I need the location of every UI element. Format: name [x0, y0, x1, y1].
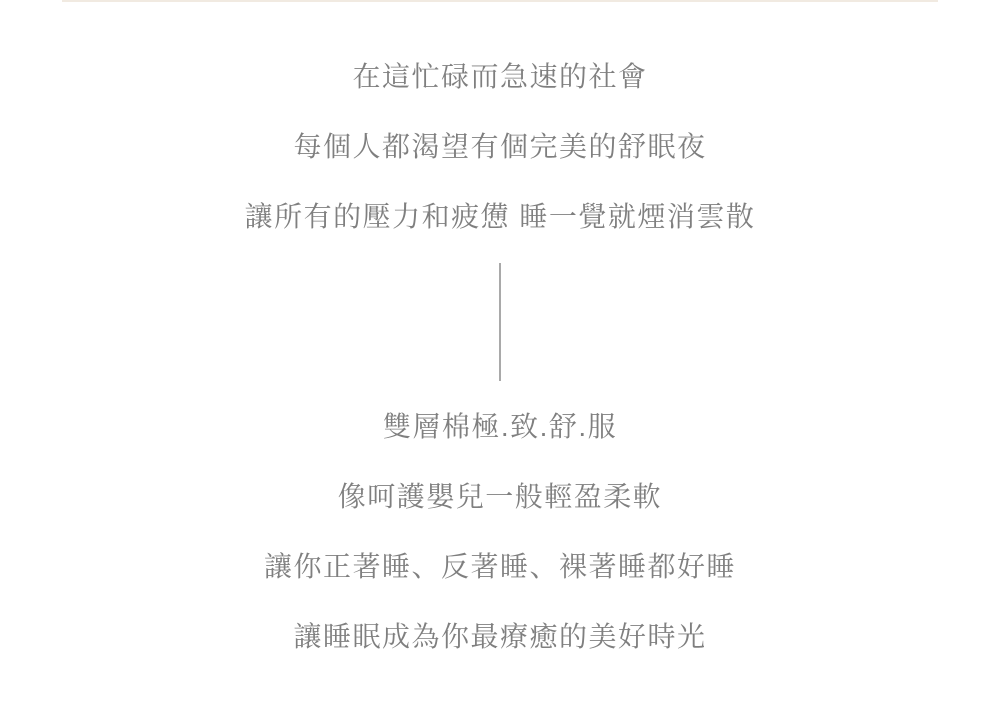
intro-paragraph: 在這忙碌而急速的社會 每個人都渴望有個完美的舒眠夜 讓所有的壓力和疲憊 睡一覺就…: [245, 63, 756, 231]
feature-line-4: 讓睡眠成為你最療癒的美好時光: [293, 623, 706, 651]
intro-line-1: 在這忙碌而急速的社會: [352, 63, 647, 91]
feature-line-2: 像呵護嬰兒一般輕盈柔軟: [338, 483, 663, 511]
intro-line-2: 每個人都渴望有個完美的舒眠夜: [293, 133, 706, 161]
feature-headline: 雙層棉極.致.舒.服: [383, 413, 617, 441]
vertical-divider: [499, 263, 501, 381]
feature-paragraph: 雙層棉極.致.舒.服 像呵護嬰兒一般輕盈柔軟 讓你正著睡、反著睡、裸著睡都好睡 …: [264, 413, 736, 651]
story-text-block: 在這忙碌而急速的社會 每個人都渴望有個完美的舒眠夜 讓所有的壓力和疲憊 睡一覺就…: [0, 0, 1000, 651]
feature-line-3: 讓你正著睡、反著睡、裸著睡都好睡: [264, 553, 736, 581]
product-story-section: 在這忙碌而急速的社會 每個人都渴望有個完美的舒眠夜 讓所有的壓力和疲憊 睡一覺就…: [0, 0, 1000, 724]
intro-line-3: 讓所有的壓力和疲憊 睡一覺就煙消雲散: [245, 203, 756, 231]
